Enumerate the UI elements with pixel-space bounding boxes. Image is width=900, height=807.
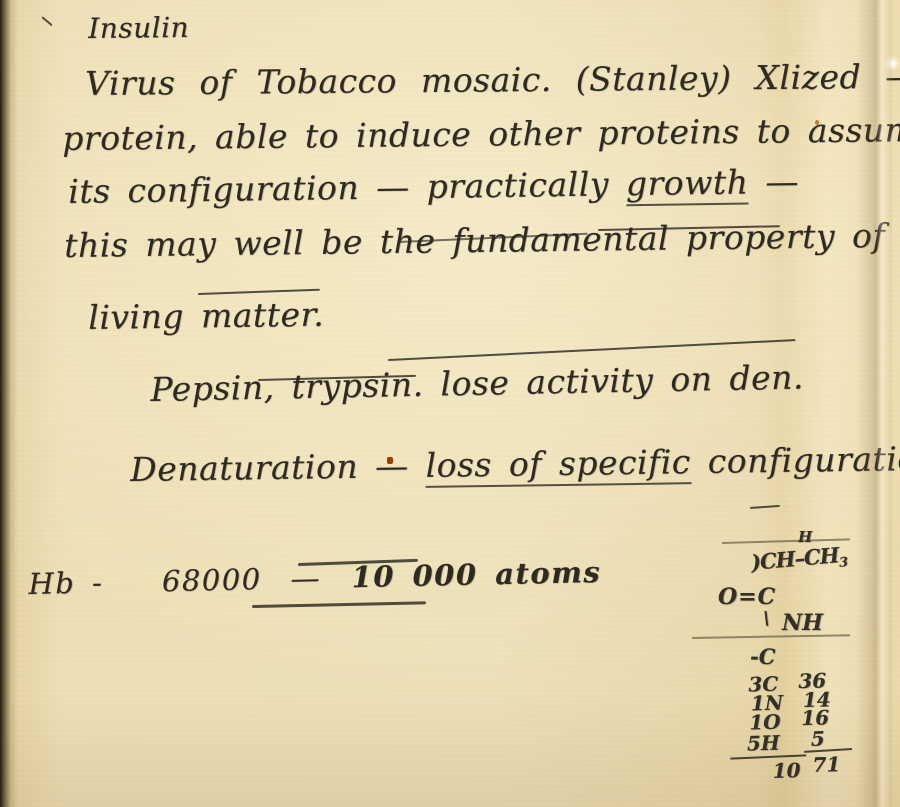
- pencil-rule-line: [692, 634, 850, 638]
- tally-total-mass: 71: [812, 752, 840, 777]
- tally-count: 5H: [747, 731, 780, 756]
- note-segment: its configuration — practically: [68, 164, 626, 211]
- page-right-crease: [856, 0, 892, 807]
- note-line-fundamental: this may well be the fundamental propert…: [64, 216, 885, 265]
- long-stray-stroke: [388, 339, 796, 361]
- alpha-carbon-methyl-group: )CH–CH3: [750, 542, 848, 579]
- note-segment: Denaturation —: [130, 446, 426, 489]
- amide-group: NH: [782, 610, 823, 636]
- red-ink-speck: [387, 457, 393, 464]
- heading-insulin: Insulin: [88, 11, 189, 45]
- tally-total-count: 10: [772, 758, 800, 783]
- hydrogen-label: H: [798, 528, 812, 546]
- dash: —: [290, 561, 321, 596]
- underline-stroke-atoms: [252, 601, 426, 608]
- note-line-protein: protein, able to induce other proteins t…: [62, 110, 900, 158]
- note-line-denaturation: Denaturation — loss of specific configur…: [130, 439, 900, 489]
- pencil-tick-mark: [41, 16, 52, 26]
- note-segment-growth-underlined: growth: [626, 163, 749, 207]
- tally-mass: 5: [810, 727, 825, 751]
- bond-mark: \: [763, 608, 770, 629]
- residue-carbon-label: -C: [750, 644, 775, 669]
- subscript-3: 3: [838, 555, 847, 571]
- hb-label: Hb -: [28, 565, 104, 601]
- dash-stroke-configuration: [750, 505, 780, 509]
- ch-ch-label: CH–CH: [759, 542, 840, 574]
- note-segment: —: [748, 162, 799, 202]
- orange-speck: [815, 120, 819, 125]
- note-line-virus: Virus of Tobacco mosaic. (Stanley) Xlize…: [85, 57, 900, 103]
- notebook-page: Insulin Virus of Tobacco mosaic. (Stanle…: [0, 0, 900, 807]
- note-line-configuration: its configuration — practically growth —: [68, 162, 799, 211]
- page-left-edge-shadow: [0, 0, 18, 807]
- note-segment-loss-underlined: loss of specific: [425, 442, 691, 488]
- hb-mass-value: 68000: [162, 562, 262, 598]
- carbonyl-group: O=C: [718, 584, 776, 610]
- note-line-living-matter: living matter.: [88, 295, 324, 337]
- note-line-pepsin: Pepsin, trypsin. lose activity on den.: [150, 357, 804, 409]
